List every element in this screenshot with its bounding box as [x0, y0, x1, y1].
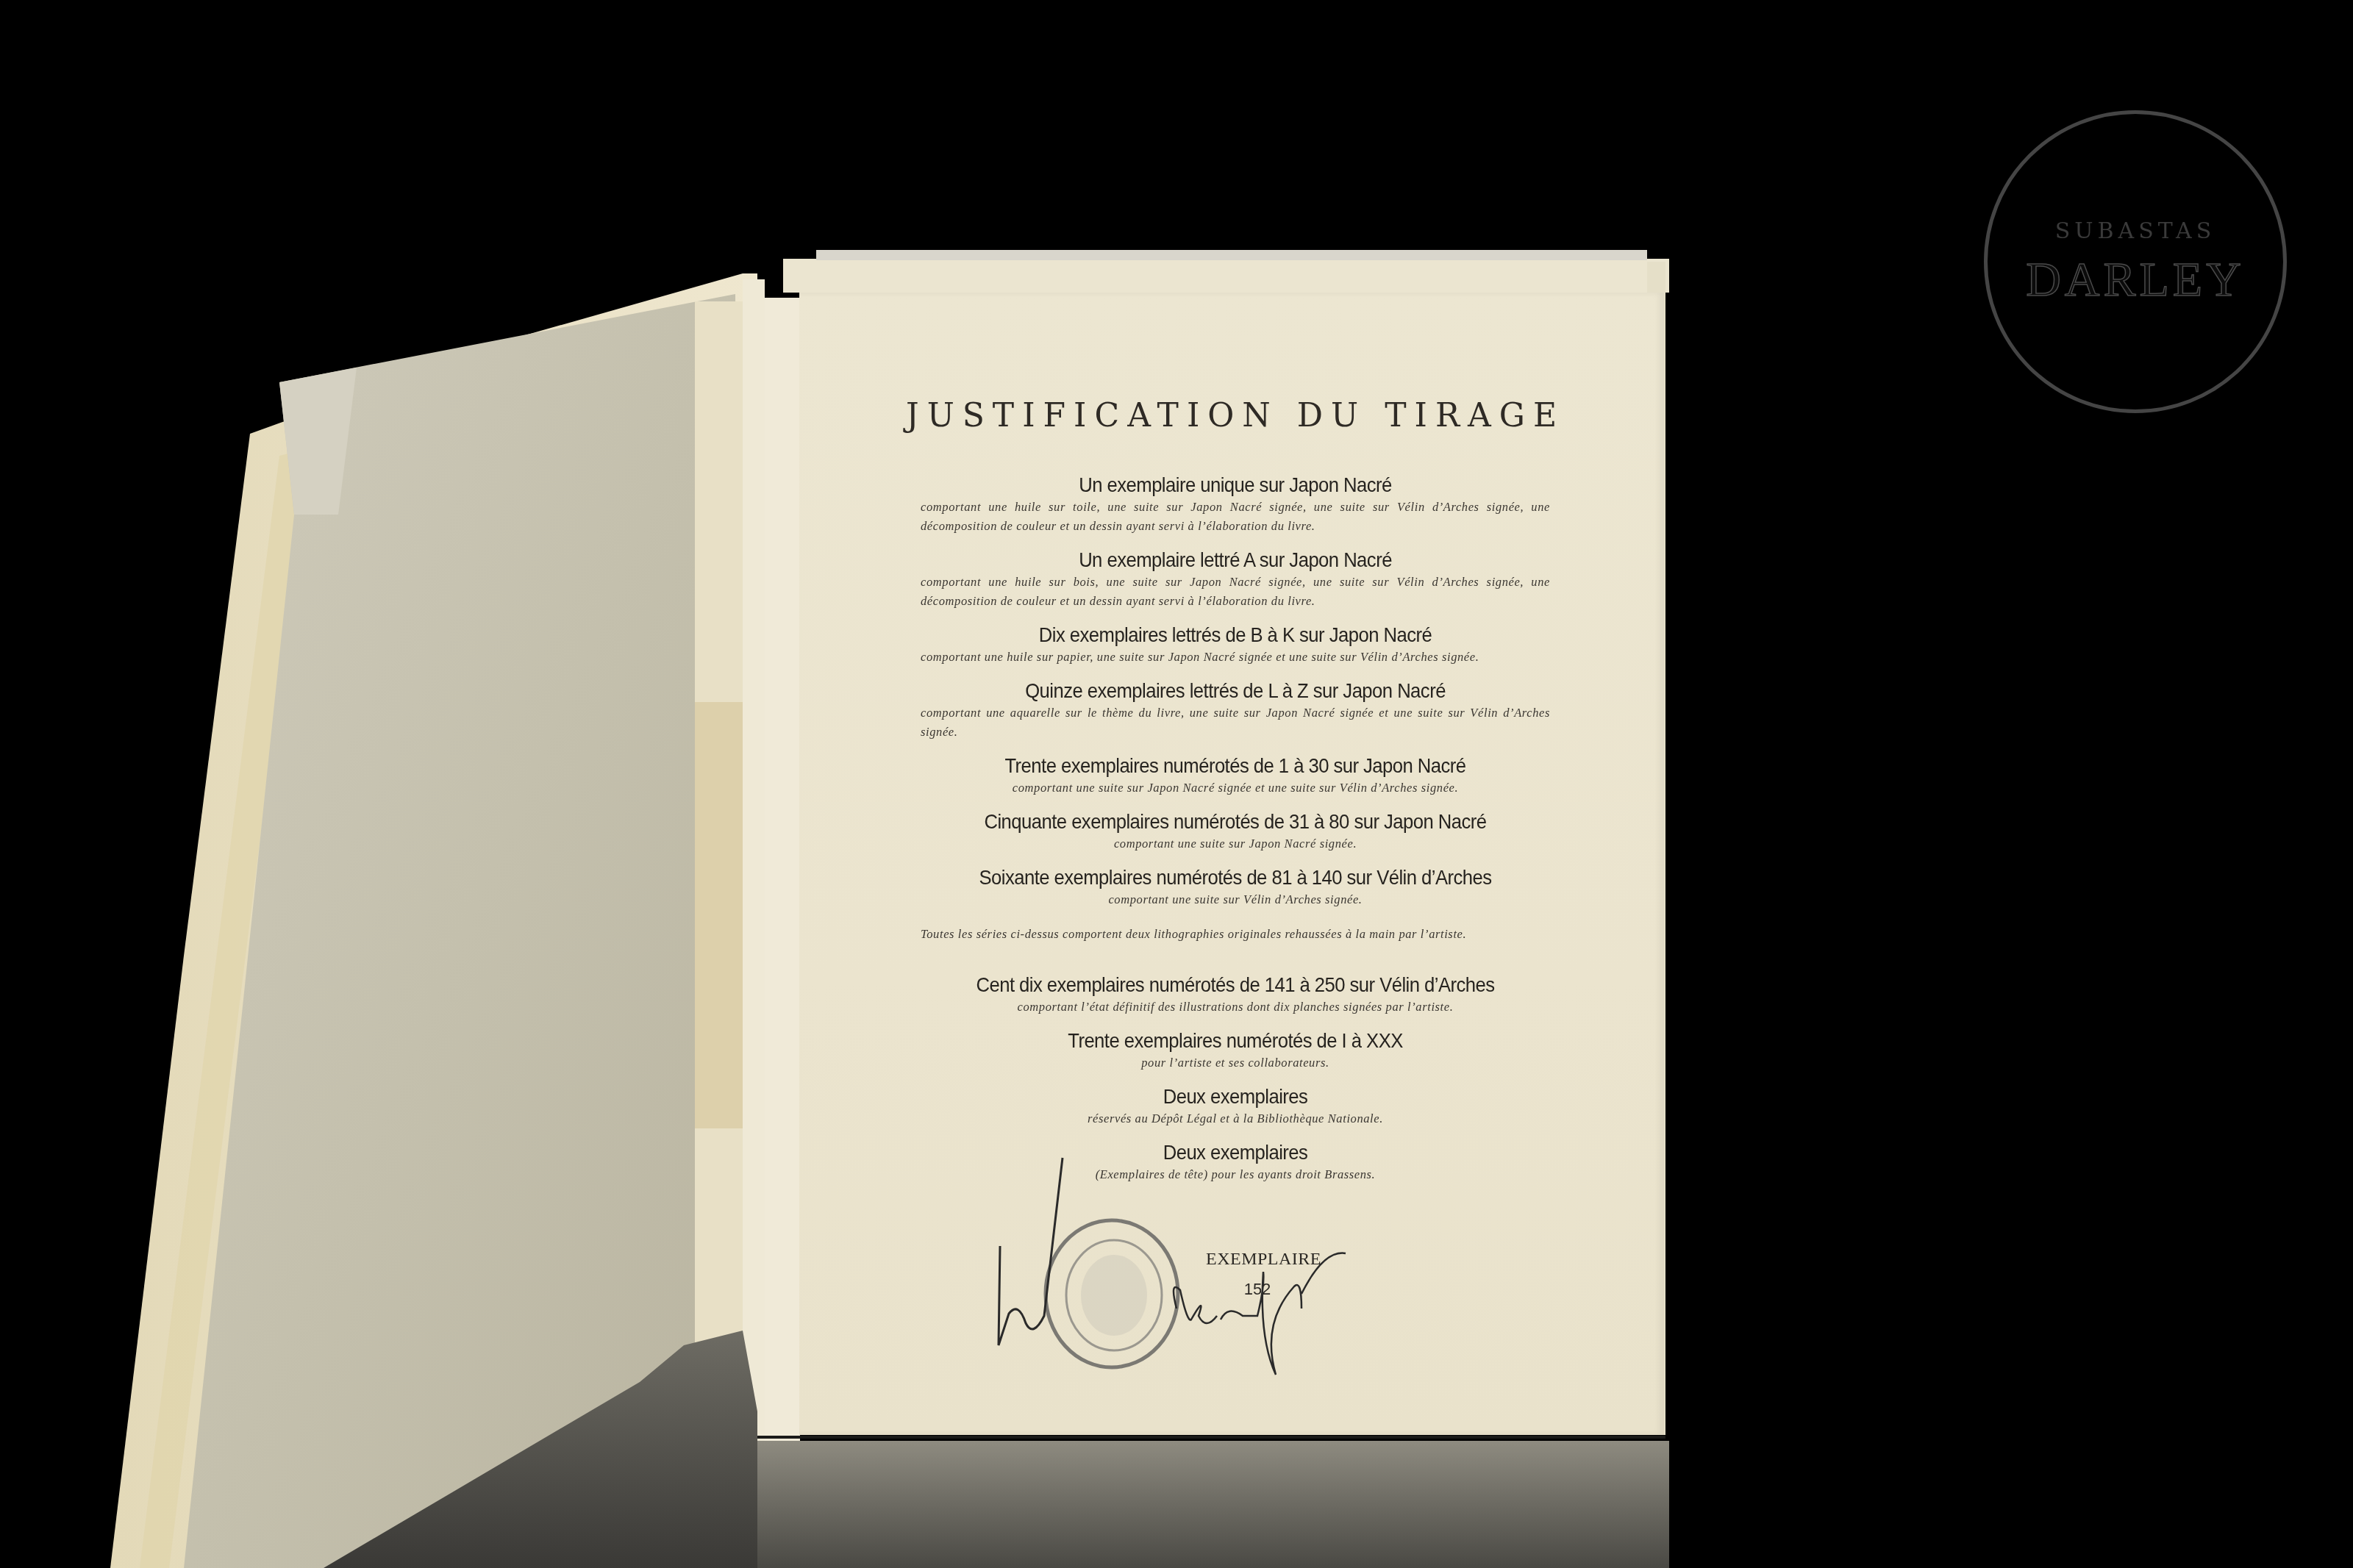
copy-number: 152 — [1206, 1280, 1309, 1299]
logo-line-subastas: SUBASTAS — [1988, 218, 2283, 244]
artist-signature — [999, 1158, 1063, 1345]
copy-label: EXEMPLAIRE — [1206, 1250, 1309, 1270]
darley-logo: SUBASTAS DARLEY — [1984, 110, 2287, 413]
notary-stamp — [1046, 1220, 1178, 1367]
copy-number-block: EXEMPLAIRE 152 — [1206, 1250, 1309, 1299]
logo-line-darley: DARLEY — [1988, 252, 2283, 308]
